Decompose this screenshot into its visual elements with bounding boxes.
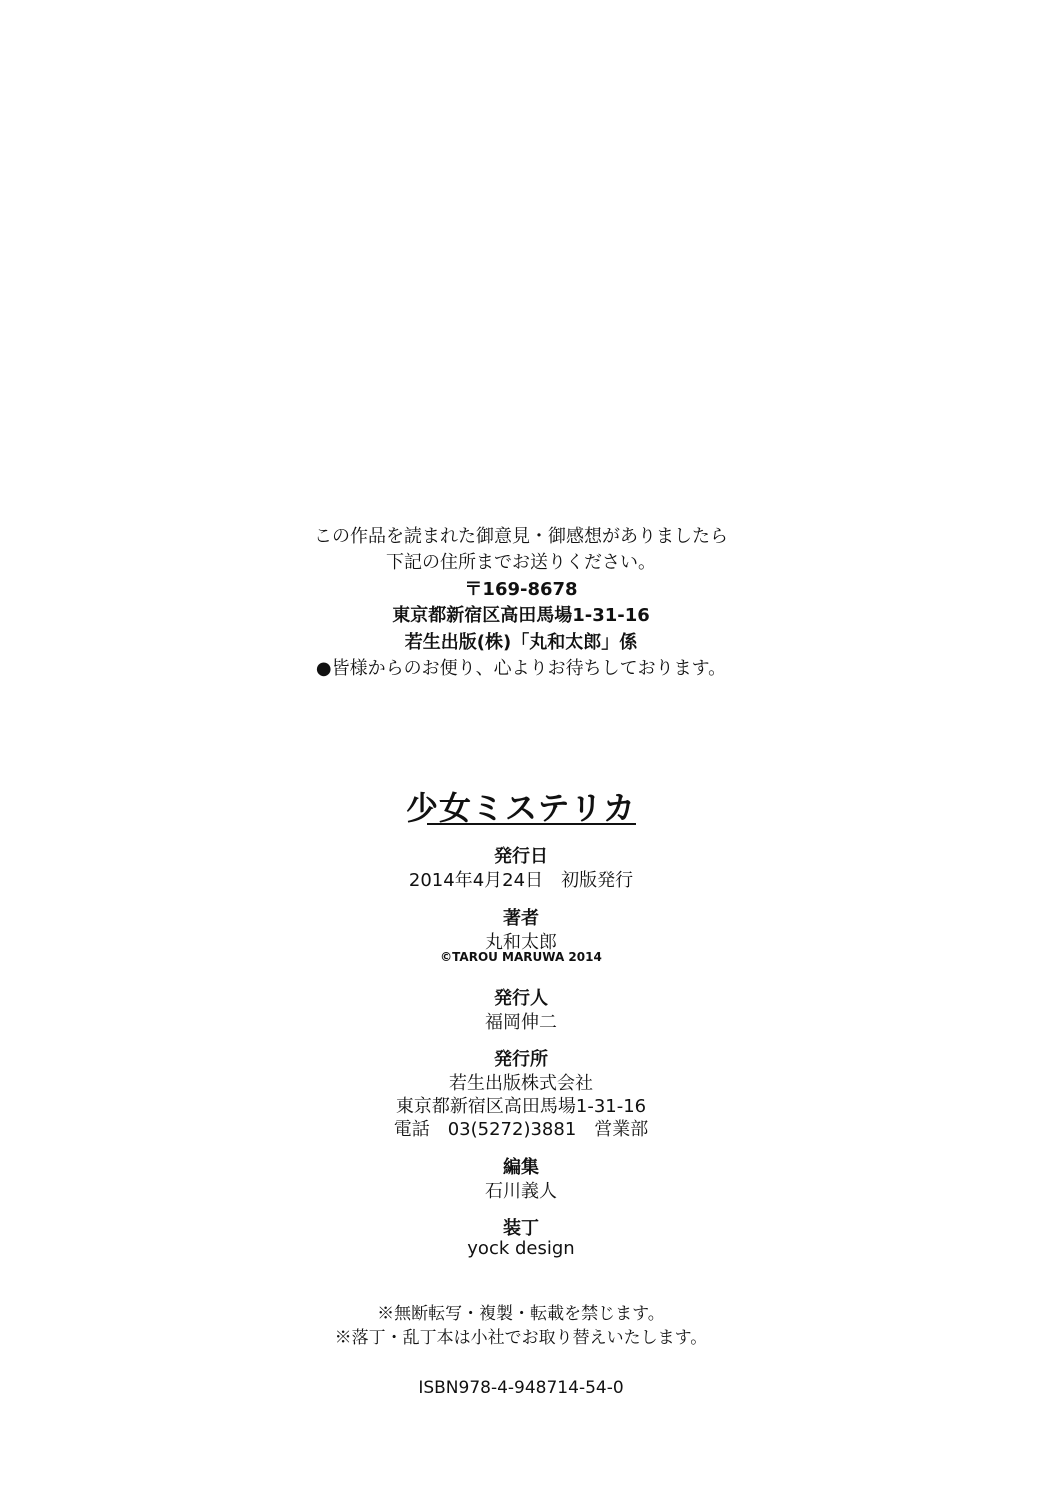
defect-replacement-notice: ※落丁・乱丁本は小社でお取り替えいたします。 (0, 1323, 1042, 1348)
copyright: ©TAROU MARUWA 2014 (0, 950, 1042, 964)
editor-label: 編集 (0, 1153, 1042, 1179)
editor-name: 石川義人 (0, 1177, 1042, 1203)
isbn: ISBN978-4-948714-54-0 (0, 1378, 1042, 1398)
publish-date-value: 2014年4月24日 初版発行 (0, 866, 1042, 892)
author-label: 著者 (0, 904, 1042, 930)
publisher-label: 発行所 (0, 1045, 1042, 1071)
notice-line-6: ●皆様からのお便り、心よりお待ちしております。 (0, 654, 1042, 680)
notice-line-1: この作品を読まれた御意見・御感想がありましたら (0, 522, 1042, 548)
mail-address: 東京都新宿区高田馬場1-31-16 (0, 601, 1042, 627)
postal-code: 〒169-8678 (0, 575, 1042, 601)
design-label: 装丁 (0, 1214, 1042, 1240)
publisher-phone: 電話 03(5272)3881 営業部 (0, 1115, 1042, 1141)
title-underline (427, 823, 636, 825)
mail-recipient: 若生出版(株)「丸和太郎」係 (0, 628, 1042, 654)
publisher-person-name: 福岡伸二 (0, 1008, 1042, 1034)
notice-line-2: 下記の住所までお送りください。 (0, 548, 1042, 574)
copy-prohibition-notice: ※無断転写・複製・転載を禁じます。 (0, 1299, 1042, 1324)
publish-date-label: 発行日 (0, 842, 1042, 868)
publisher-person-label: 発行人 (0, 984, 1042, 1010)
design-value: yock design (0, 1238, 1042, 1259)
